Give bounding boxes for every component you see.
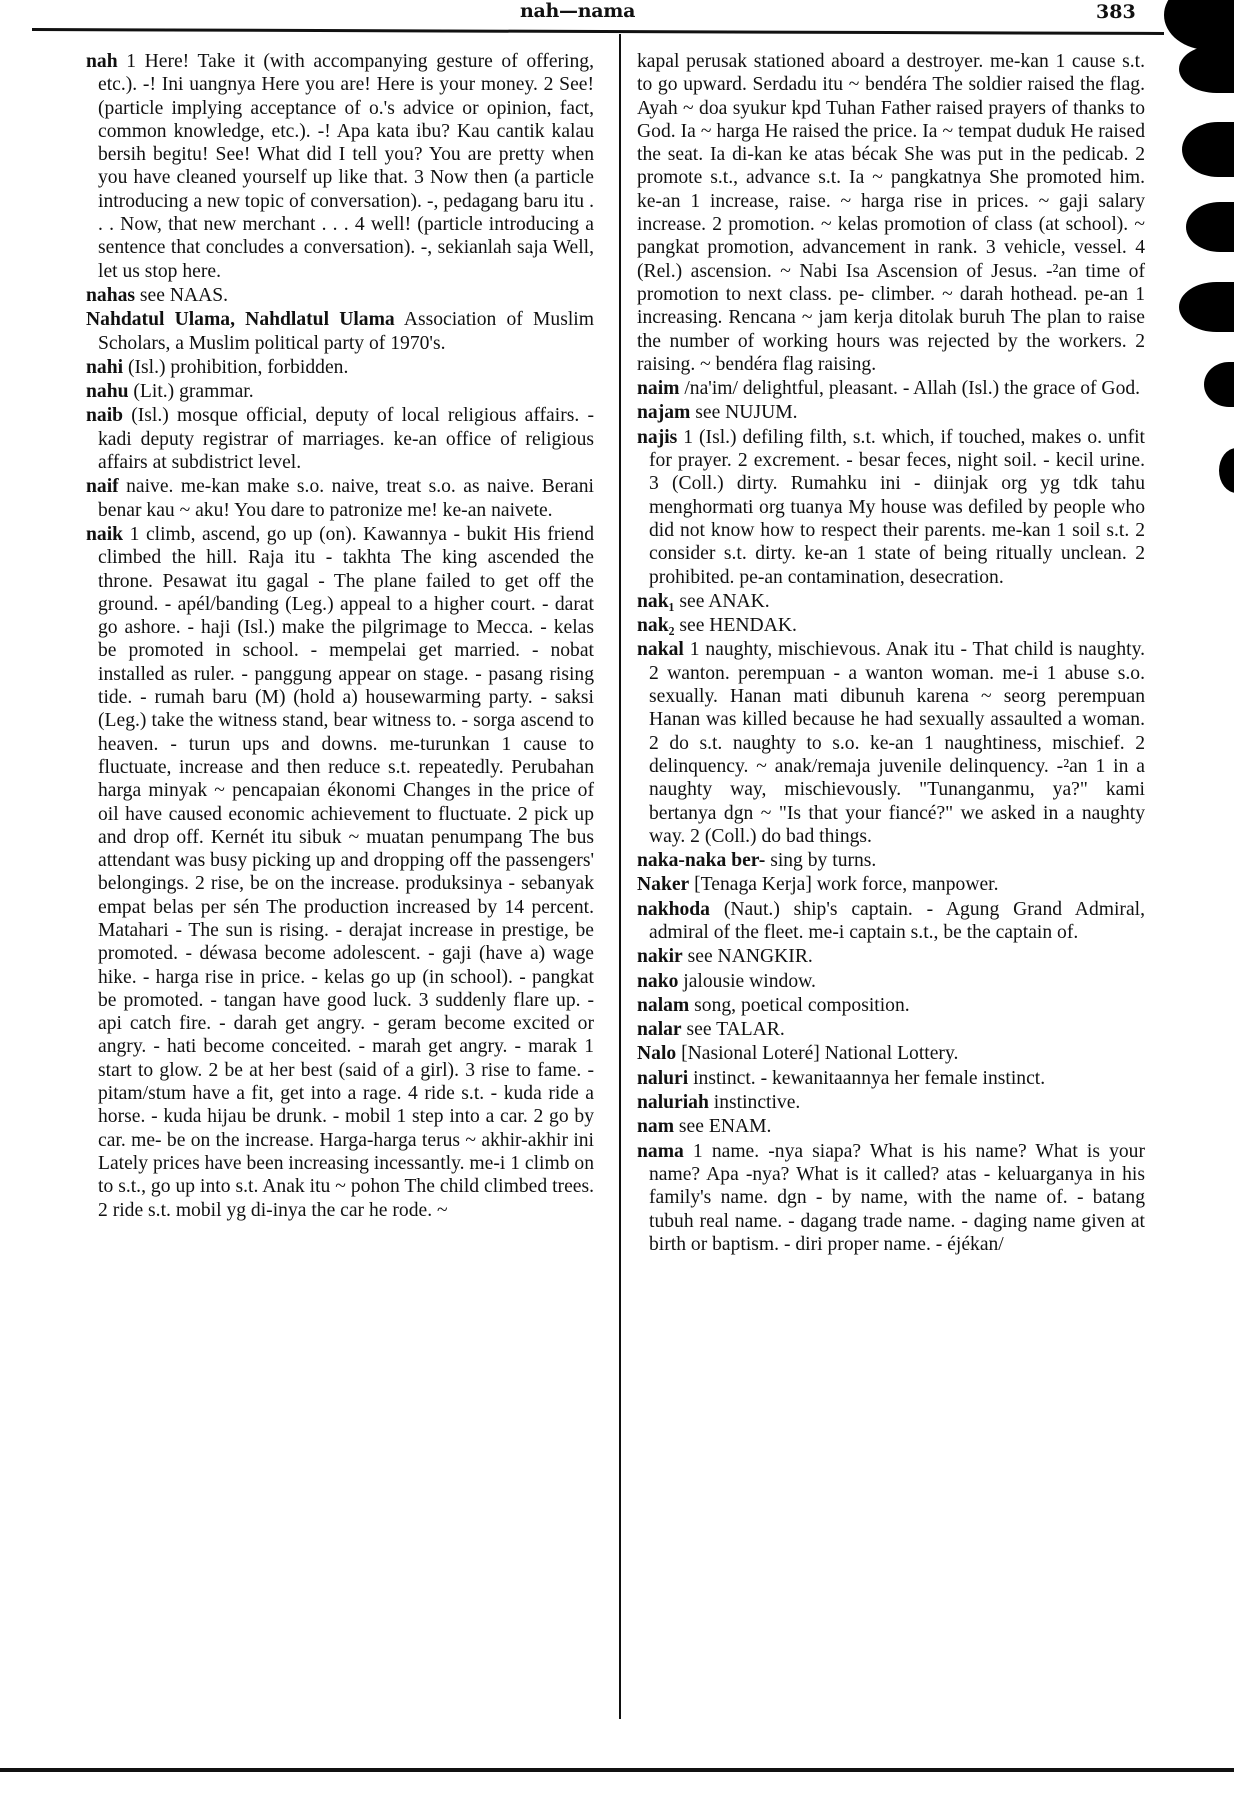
right-column: kapal perusak stationed aboard a destroy… bbox=[637, 50, 1145, 1257]
thumb-tab-icon bbox=[1179, 45, 1234, 93]
thumb-tab-icon bbox=[1164, 0, 1234, 50]
thumb-tab-icon bbox=[1186, 202, 1234, 252]
guide-words: nah—nama bbox=[520, 0, 635, 22]
entry-naker: Naker [Tenaga Kerja] work force, manpowe… bbox=[637, 873, 1145, 896]
thumb-tab-icon bbox=[1179, 282, 1234, 332]
thumb-tab-icon bbox=[1219, 448, 1234, 493]
entry-nahu: nahu (Lit.) grammar. bbox=[86, 380, 594, 403]
entry-najis: najis 1 (Isl.) defiling filth, s.t. whic… bbox=[637, 426, 1145, 589]
entry-nah: nah 1 Here! Take it (with accompanying g… bbox=[86, 50, 594, 283]
entry-najam: najam see NUJUM. bbox=[637, 401, 1145, 424]
entry-naib: naib (Isl.) mosque official, deputy of l… bbox=[86, 404, 594, 474]
thumb-tab-icon bbox=[1204, 362, 1234, 407]
entry-nalar: nalar see TALAR. bbox=[637, 1018, 1145, 1041]
entry-nako: nako jalousie window. bbox=[637, 970, 1145, 993]
page-number: 383 bbox=[1096, 1, 1136, 23]
entry-nahas: nahas see NAAS. bbox=[86, 284, 594, 307]
entry-naik: naik 1 climb, ascend, go up (on). Kawann… bbox=[86, 523, 594, 1222]
entry-nahdatul-ulama: Nahdatul Ulama, Nahdlatul Ulama Associat… bbox=[86, 308, 594, 355]
entry-nakhoda: nakhoda (Naut.) ship's captain. - Agung … bbox=[637, 898, 1145, 945]
thumb-index-tabs bbox=[1134, 0, 1234, 900]
entry-nak-1: nak₁ see ANAK. bbox=[637, 590, 1145, 613]
entry-naluriah: naluriah instinctive. bbox=[637, 1091, 1145, 1114]
entry-naim: naim /na'im/ delightful, pleasant. - All… bbox=[637, 377, 1145, 400]
left-column: nah 1 Here! Take it (with accompanying g… bbox=[86, 50, 594, 1223]
entry-nama: nama 1 name. -nya siapa? What is his nam… bbox=[637, 1140, 1145, 1256]
entry-nahi: nahi (Isl.) prohibition, forbidden. bbox=[86, 356, 594, 379]
thumb-tab-icon bbox=[1182, 122, 1234, 177]
entry-naluri: naluri instinct. - kewanitaannya her fem… bbox=[637, 1067, 1145, 1090]
entry-nalo: Nalo [Nasional Loteré] National Lottery. bbox=[637, 1042, 1145, 1065]
running-head: nah—nama 383 bbox=[0, 0, 1234, 30]
entry-naif: naif naive. me-kan make s.o. naive, trea… bbox=[86, 475, 594, 522]
entry-nalam: nalam song, poetical composition. bbox=[637, 994, 1145, 1017]
entry-naka-naka: naka-naka ber- sing by turns. bbox=[637, 849, 1145, 872]
entry-naik-continued: kapal perusak stationed aboard a destroy… bbox=[637, 50, 1145, 376]
column-divider bbox=[619, 34, 621, 1719]
entry-nakir: nakir see NANGKIR. bbox=[637, 945, 1145, 968]
entry-nam: nam see ENAM. bbox=[637, 1115, 1145, 1138]
entry-nakal: nakal 1 naughty, mischievous. Anak itu -… bbox=[637, 638, 1145, 848]
entry-nak-2: nak₂ see HENDAK. bbox=[637, 614, 1145, 637]
footer-rule bbox=[0, 1768, 1234, 1772]
